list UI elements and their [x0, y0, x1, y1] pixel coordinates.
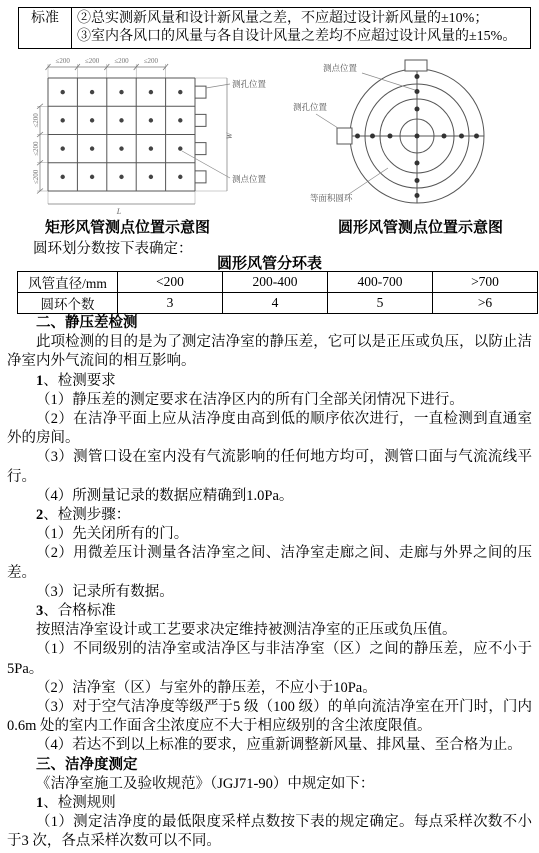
left-measure-hole: [337, 128, 352, 144]
measure-dot: [415, 74, 420, 79]
rect-diagram-caption: 矩形风管测点位置示意图: [45, 216, 210, 237]
ring-table-cell: 圆环个数: [18, 293, 118, 314]
paragraph: （3）测管口设在室内没有气流影响的任何地方均可，测管口面与气流流线平行。: [7, 448, 532, 486]
measure-dot: [178, 175, 182, 179]
width-dimension-label: W: [225, 131, 234, 139]
ring-table-row: 圆环个数345>6: [18, 293, 538, 314]
standard-table-content: ②总实测新风量和设计新风量之差，不应超过设计新风量的±10%；③室内各风口的风量…: [72, 8, 531, 49]
measure-dot: [119, 90, 123, 94]
dimension-label: ≤200: [85, 57, 100, 65]
hole-position-label: 测孔位置: [293, 102, 328, 112]
paragraph: （1）静压差的测定要求在洁净区内的所有门全部关闭情况下进行。: [7, 391, 532, 410]
measure-dot: [90, 175, 94, 179]
sub-heading: 2、检测步骤：: [7, 506, 532, 525]
sub-heading: 3、合格标准: [7, 602, 532, 621]
measure-point-dots: [355, 74, 479, 198]
measure-dot: [388, 134, 393, 139]
measure-dot: [90, 118, 94, 122]
paragraph: （2）在洁净平面上应从洁净度由高到低的顺序依次进行，一直检测到直通室外的房间。: [7, 410, 532, 448]
point-position-label: 测点位置: [232, 174, 267, 184]
measure-hole: [195, 86, 206, 98]
paragraph: （1）测定洁净度的最低限度采样点数按下表的规定确定。每点采样次数不小于3 次，各…: [7, 813, 532, 851]
measure-dot: [370, 134, 375, 139]
ring-table-header-cell: 400-700: [328, 272, 433, 293]
hole-leader-line: [206, 84, 230, 88]
measure-dot: [415, 161, 420, 166]
measure-dot: [149, 175, 153, 179]
sub-heading: 1、检测规则: [7, 794, 532, 813]
ring-table-cell: 5: [328, 293, 433, 314]
measure-dot: [355, 134, 360, 139]
paragraph: （2）洁净室（区）与室外的静压差，不应小于10Pa。: [7, 679, 532, 698]
paragraph: （2）用微差压计测量各洁净室之间、洁净室走廊之间、走廊与外界之间的压差。: [7, 544, 532, 582]
paragraph: （3）记录所有数据。: [7, 583, 532, 602]
ring-leader-line: [346, 168, 388, 196]
measure-dot: [178, 146, 182, 150]
length-dimension-label: L: [116, 207, 122, 216]
standard-label-cell: 标准: [19, 8, 72, 49]
rect-duct-diagram: ≤200≤200≤200≤200 ≤200≤200≤200 W L 测孔位置 测…: [30, 56, 280, 218]
measure-dot: [90, 90, 94, 94]
measure-dot: [415, 89, 420, 94]
measure-dot: [90, 146, 94, 150]
dimension-label: ≤200: [114, 57, 129, 65]
measure-dot: [178, 118, 182, 122]
point-position-label: 测点位置: [323, 63, 358, 73]
ring-table-header-cell: <200: [118, 272, 223, 293]
ring-table-header-cell: 200-400: [223, 272, 328, 293]
paragraph: 此项检测的目的是为了测定洁净室的静压差，它可以是正压或负压，以防止洁净室内外气流…: [7, 333, 532, 371]
measure-dot: [61, 175, 65, 179]
top-dimension-labels: ≤200≤200≤200≤200: [56, 57, 159, 65]
standard-line: ③室内各风口的风量与各自设计风量之差均不应超过设计风量的±15%。: [77, 28, 525, 46]
dimension-label: ≤200: [56, 57, 71, 65]
measure-dot: [119, 146, 123, 150]
ring-table-header-row: 风管直径/mm<200200-400400-700>700: [18, 272, 538, 293]
measure-dot: [415, 107, 420, 112]
left-dimension-labels: ≤200≤200≤200: [32, 113, 40, 184]
hole-position-label: 测孔位置: [232, 79, 267, 89]
hole-leader-line: [316, 114, 338, 128]
measure-dot: [119, 118, 123, 122]
measure-dot: [459, 134, 464, 139]
measure-dot: [149, 146, 153, 150]
measure-dot: [61, 146, 65, 150]
paragraph: （1）先关闭所有的门。: [7, 525, 532, 544]
dimension-label: ≤200: [32, 169, 40, 184]
dimension-ticks: [37, 64, 168, 194]
measure-dot: [415, 178, 420, 183]
measure-hole: [195, 143, 206, 155]
circle-duct-diagram: 测点位置 测孔位置 等面积圆环: [285, 56, 539, 218]
document-page: 标准 ②总实测新风量和设计新风量之差，不应超过设计新风量的±10%；③室内各风口…: [0, 0, 539, 853]
body-text: 二、静压差检测此项检测的目的是为了测定洁净室的静压差，它可以是正压或负压，以防止…: [7, 314, 532, 852]
ring-table-header-cell: 风管直径/mm: [18, 272, 118, 293]
section-heading: 二、静压差检测: [7, 314, 532, 333]
measure-dot: [178, 90, 182, 94]
top-measure-hole: [405, 60, 427, 71]
dimension-label: ≤200: [144, 57, 159, 65]
ring-table-header-cell: >700: [433, 272, 538, 293]
equal-area-ring-label: 等面积圆环: [310, 193, 353, 203]
circle-diagram-caption: 圆形风管测点位置示意图: [338, 216, 503, 237]
paragraph: （4）所测量记录的数据应精确到1.0Pa。: [7, 487, 532, 506]
dimension-label: ≤200: [32, 113, 40, 128]
paragraph: （1）不同级别的洁净室或洁净区与非洁净室（区）之间的静压差，应不小于5Pa。: [7, 640, 532, 678]
standard-table-row: 标准 ②总实测新风量和设计新风量之差，不应超过设计新风量的±10%；③室内各风口…: [19, 8, 531, 49]
sub-heading: 1、检测要求: [7, 372, 532, 391]
standard-table: 标准 ②总实测新风量和设计新风量之差，不应超过设计新风量的±10%；③室内各风口…: [18, 7, 531, 49]
paragraph: （4）若达不到以上标准的要求，应重新调整新风量、排风量、至合格为止。: [7, 736, 532, 755]
measure-dot: [415, 193, 420, 198]
duct-grid-lines: [48, 78, 195, 191]
paragraph: 按照洁净室设计或工艺要求决定维持被测洁净室的正压或负压值。: [7, 621, 532, 640]
ring-table-cell: >6: [433, 293, 538, 314]
measure-dot: [415, 134, 420, 139]
ring-table-cell: 4: [223, 293, 328, 314]
standard-line: ②总实测新风量和设计新风量之差，不应超过设计新风量的±10%；: [77, 10, 525, 28]
measure-dot: [442, 134, 447, 139]
measure-dot: [61, 118, 65, 122]
paragraph: 《洁净室施工及验收规范》（JGJ71-90）中规定如下：: [7, 775, 532, 794]
ring-table: 风管直径/mm<200200-400400-700>700圆环个数345>6: [17, 271, 538, 314]
section-heading: 三、洁净度测定: [7, 756, 532, 775]
measure-dot: [119, 175, 123, 179]
measure-hole-rects: [195, 86, 206, 183]
measure-dot: [61, 90, 65, 94]
paragraph: （3）对于空气洁净度等级严于5 级（100 级）的单向流洁净室在开门时，门内0.…: [7, 698, 532, 736]
ring-table-cell: 3: [118, 293, 223, 314]
ring-table-title: 圆形风管分环表: [0, 252, 539, 273]
measure-hole: [195, 114, 206, 126]
measure-hole: [195, 171, 206, 183]
dimension-label: ≤200: [32, 141, 40, 156]
measure-dot: [149, 90, 153, 94]
measure-dot: [474, 134, 479, 139]
measure-dot: [149, 118, 153, 122]
